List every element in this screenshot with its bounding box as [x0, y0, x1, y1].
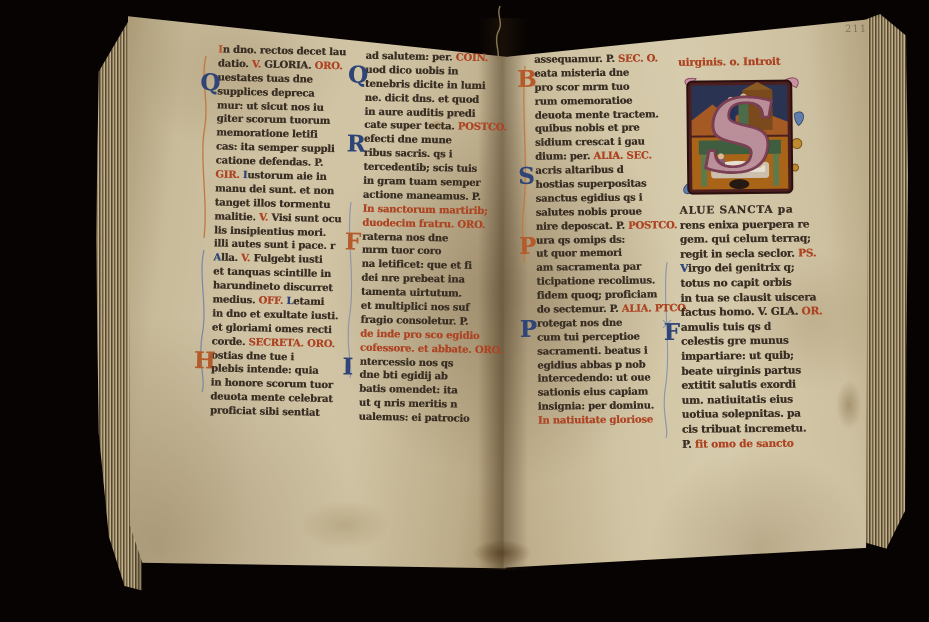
- text-line: Protegat nos dne: [537, 317, 669, 332]
- right-page-column-2: uirginis. o. Introit: [678, 55, 834, 453]
- text-segment: na letificet: que et fi: [361, 259, 471, 272]
- text-segment: illi autes sunt i pace. r: [214, 239, 335, 253]
- text-segment: supplices depreca: [217, 86, 314, 99]
- right-page-column-2-lines: ALUE SANCTA parens enixa puerpera regem.…: [679, 203, 834, 453]
- text-line: quibus nobis et pre: [535, 123, 667, 138]
- text-segment: dium: per.: [535, 151, 593, 163]
- text-segment: V: [680, 263, 688, 275]
- text-segment: in dno et exultate iusti.: [212, 308, 338, 322]
- text-line: ALUE SANCTA pa: [679, 203, 831, 219]
- text-line: do sectemur. P. ALIA. PTCO.: [537, 303, 669, 318]
- text-line: regit in secla seclor. PS.: [680, 247, 832, 263]
- text-segment: cate super tecta.: [364, 120, 458, 133]
- text-line: fidem quoq; proficiam: [537, 289, 669, 304]
- text-segment: impartiare: ut quib;: [681, 350, 794, 363]
- text-segment: tamenta uirtutum.: [361, 287, 462, 300]
- text-segment: cum tui perceptioe: [537, 331, 640, 343]
- text-segment: proficiat sibi sentiat: [210, 406, 320, 419]
- gutter-stain: [472, 540, 532, 566]
- text-segment: ne. dicit dns. et quod: [365, 92, 479, 105]
- text-line: sacramenti. beatus i: [537, 345, 669, 360]
- text-segment: tanget illos tormentu: [215, 197, 331, 211]
- text-segment: ORO.: [314, 61, 342, 73]
- text-segment: uod dico uobis in: [365, 65, 458, 78]
- folio-number: 211: [845, 24, 867, 35]
- text-line: hostias superpositas: [535, 178, 667, 193]
- text-segment: in aure auditis predi: [364, 106, 475, 119]
- text-line: rum omemoratioe: [534, 95, 666, 110]
- text-segment: ura qs omips ds:: [536, 234, 625, 246]
- historiated-initial-artwork: S: [682, 73, 805, 200]
- text-segment: actione maneamus. P.: [363, 190, 481, 203]
- text-segment: tercedentib; scis tuis: [363, 162, 477, 175]
- text-line: in tua se clausit uiscera: [680, 291, 832, 307]
- text-line: totus no capit orbis: [680, 276, 832, 292]
- text-segment: et gloriami omes recti: [212, 322, 332, 336]
- drop-cap: F: [345, 230, 362, 253]
- text-line: am sacramenta par: [536, 262, 668, 277]
- text-segment: fidem quoq; proficiam: [537, 290, 658, 302]
- text-segment: pro scor mrm tuo: [534, 81, 629, 93]
- drop-cap: I: [342, 355, 353, 378]
- text-segment: egidius abbas p nob: [537, 359, 645, 371]
- text-line: insignia: per dominu.: [538, 401, 670, 416]
- text-segment: ad salutem: per.: [365, 51, 455, 64]
- text-segment: cofessore. et abbate. ORO.: [360, 342, 503, 356]
- text-line: rens enixa puerpera re: [680, 218, 832, 234]
- text-line: impartiare: ut quib;: [681, 349, 833, 365]
- text-segment: regit in secla seclor.: [680, 247, 798, 260]
- text-segment: V.: [252, 59, 265, 70]
- text-segment: COIN.: [456, 52, 489, 64]
- right-page-column-1: assequamur. P. SEC. O.Beata misteria dne…: [534, 53, 670, 429]
- text-segment: sationis eius capiam: [538, 387, 648, 399]
- text-segment: duodecim fratru. ORO.: [362, 217, 485, 230]
- text-line: sanctus egidius qs i: [535, 192, 667, 207]
- text-segment: malitie.: [214, 211, 259, 223]
- text-segment: memoratione letifi: [216, 128, 317, 141]
- text-line: Beata misteria dne: [534, 67, 666, 82]
- drop-cap: S: [518, 165, 535, 188]
- text-segment: hostias superpositas: [535, 179, 646, 191]
- text-line: egidius abbas p nob: [537, 359, 669, 374]
- drop-cap: P: [519, 234, 536, 257]
- text-segment: ticipatione recolimus.: [536, 276, 655, 288]
- initial-letter-S: S: [703, 77, 776, 196]
- text-line: sidium crescat i gau: [535, 137, 667, 152]
- text-segment: raterna nos dne: [362, 231, 448, 244]
- left-page-column-1: In dno. rectos decet laudatio. V. GLORIA…: [210, 44, 360, 422]
- text-segment: medius.: [212, 294, 258, 306]
- text-segment: PS.: [798, 247, 816, 259]
- text-segment: insignia: per dominu.: [538, 401, 654, 413]
- text-segment: rotegat nos dne: [537, 318, 622, 330]
- text-segment: dei nre prebeat ina: [361, 273, 465, 286]
- text-segment: fragio consoletur. P.: [360, 315, 468, 328]
- text-line: extitit salutis exordi: [681, 378, 833, 394]
- text-segment: rum omemoratioe: [534, 95, 632, 107]
- text-segment: uestates tuas dne: [217, 72, 312, 85]
- acanthus-leaf: [795, 112, 804, 126]
- text-segment: nire deposcat. P.: [536, 220, 628, 232]
- text-segment: in gram tuam semper: [363, 176, 480, 189]
- text-segment: amulis tuis qs d: [681, 321, 771, 334]
- text-line: intercedendo: ut oue: [537, 373, 669, 388]
- text-segment: et tanquas scintille in: [213, 267, 331, 281]
- text-segment: OR.: [801, 305, 822, 317]
- drop-cap: P: [520, 318, 537, 341]
- text-segment: n dno. rectos decet lau: [223, 45, 347, 59]
- text-line: Sacris altaribus d: [535, 164, 667, 179]
- text-segment: intercedendo: ut oue: [537, 373, 650, 385]
- text-segment: deuota mente celebrat: [210, 392, 333, 406]
- text-segment: harundineto discurret: [213, 281, 333, 295]
- text-segment: de inde pro sco egidio: [360, 328, 479, 341]
- historiated-initial-S: S: [682, 73, 805, 200]
- text-segment: ostias dne tue i: [211, 350, 294, 363]
- text-segment: P.: [682, 438, 695, 450]
- text-segment: quibus nobis et pre: [535, 123, 640, 135]
- text-line: salutes nobis proue: [536, 206, 668, 221]
- text-line: pro scor mrm tuo: [534, 81, 666, 96]
- text-segment: beate uirginis partus: [681, 364, 801, 377]
- text-segment: am sacramenta par: [536, 262, 641, 274]
- text-segment: ALIA. SEC.: [593, 151, 651, 163]
- text-line: celestis gre munus: [681, 335, 833, 351]
- text-segment: GLORIA.: [264, 59, 315, 71]
- text-segment: giter scorum tuorum: [216, 114, 330, 128]
- text-segment: et multiplici nos suf: [361, 301, 470, 314]
- text-line: Virgo dei genitrix q;: [680, 262, 832, 278]
- text-line: ticipatione recolimus.: [536, 276, 668, 291]
- text-segment: ribus sacris. qs i: [364, 148, 453, 161]
- text-line: ut quor memori: [536, 248, 668, 263]
- text-line: deuota mente tractem.: [535, 109, 667, 124]
- text-segment: acris altaribus d: [535, 165, 623, 177]
- text-segment: cis tribuat incremetu.: [682, 422, 806, 435]
- text-line: cum tui perceptioe: [537, 331, 669, 346]
- text-segment: ntercessio nos qs: [360, 356, 454, 369]
- text-segment: In sanctorum martirib;: [362, 203, 487, 216]
- text-segment: in honore scorum tuor: [210, 378, 332, 392]
- text-line: ualemus: ei patrocio: [358, 412, 496, 429]
- text-segment: efecti dne mune: [364, 134, 452, 147]
- text-segment: celestis gre munus: [681, 335, 789, 348]
- text-segment: salutes nobis proue: [536, 206, 642, 218]
- text-segment: plebis intende: quia: [211, 364, 319, 377]
- text-segment: mur: ut sicut nos iu: [217, 100, 324, 113]
- text-line: In natiuitate gloriose: [538, 414, 670, 429]
- text-segment: SECRETA. ORO.: [248, 337, 335, 350]
- text-segment: ut quor memori: [536, 248, 622, 260]
- text-segment: sanctus egidius qs i: [535, 192, 642, 204]
- text-segment: in tua se clausit uiscera: [680, 291, 816, 304]
- text-segment: dne bti egidij ab: [359, 370, 447, 383]
- text-segment: batis omendet: ita: [359, 384, 458, 397]
- text-segment: ALUE SANCTA pa: [679, 204, 793, 217]
- text-segment: etami: [293, 296, 324, 308]
- parchment-stain: [836, 380, 862, 430]
- text-segment: corde.: [211, 336, 248, 348]
- text-segment: do sectemur. P.: [537, 304, 622, 316]
- text-segment: gem. qui celum terraq;: [680, 233, 811, 246]
- text-line: Famulis tuis qs d: [681, 320, 833, 336]
- text-segment: catione defendas. P.: [216, 156, 324, 169]
- text-segment: GIR.: [215, 169, 243, 181]
- text-segment: mrm tuor coro: [362, 245, 442, 258]
- text-segment: sidium crescat i gau: [535, 137, 645, 149]
- text-segment: ALIA. PTCO.: [622, 303, 689, 315]
- text-segment: eata misteria dne: [534, 68, 629, 80]
- text-line: beate uirginis partus: [681, 364, 833, 380]
- text-segment: SEC. O.: [618, 53, 658, 64]
- text-segment: Visi sunt ocu: [271, 212, 341, 225]
- text-segment: datio.: [218, 58, 252, 70]
- text-segment: V.: [241, 253, 254, 264]
- text-segment: lis insipientius mori.: [214, 225, 326, 239]
- text-segment: um. natiuitatis eius: [681, 393, 792, 406]
- gold-boss: [792, 139, 802, 149]
- text-line: P. fit omo de sancto: [682, 437, 834, 453]
- text-line: factus homo. V. GLA. OR.: [681, 305, 833, 321]
- text-segment: uotiua solepnitas. pa: [682, 408, 801, 421]
- text-segment: sacramenti. beatus i: [537, 345, 647, 357]
- parchment-stain: [300, 500, 390, 550]
- rubric-heading: uirginis. o. Introit: [678, 55, 830, 73]
- manuscript-photo: 211 In dno. rectos decet laudatio. V. GL…: [0, 0, 929, 622]
- text-segment: POSTCO.: [628, 220, 677, 232]
- text-segment: irgo dei genitrix q;: [688, 262, 794, 275]
- text-segment: OFF.: [258, 295, 286, 307]
- left-page-column-2: ad salutem: per. COIN.Quod dico uobis in…: [358, 51, 503, 429]
- text-segment: factus homo. V. GLA.: [681, 306, 802, 319]
- text-segment: cas: ita semper suppli: [216, 142, 335, 156]
- text-line: um. natiuitatis eius: [681, 393, 833, 409]
- text-line: nire deposcat. P. POSTCO.: [536, 220, 668, 235]
- text-segment: Fulgebt iusti: [253, 254, 322, 267]
- text-segment: fit omo de sancto: [695, 437, 794, 450]
- text-line: sationis eius capiam: [538, 387, 670, 402]
- text-segment: POSTCO.: [458, 122, 507, 134]
- text-line: Pura qs omips ds:: [536, 234, 668, 249]
- text-segment: totus no capit orbis: [680, 277, 791, 290]
- text-segment: manu dei sunt. et non: [215, 183, 334, 197]
- text-line: dium: per. ALIA. SEC.: [535, 151, 667, 166]
- text-segment: V.: [259, 212, 272, 223]
- text-line: assequamur. P. SEC. O.: [534, 53, 666, 68]
- text-line: gem. qui celum terraq;: [680, 232, 832, 248]
- text-segment: ualemus: ei patrocio: [358, 412, 469, 425]
- text-line: cis tribuat incremetu.: [682, 422, 834, 438]
- text-segment: extitit salutis exordi: [681, 379, 795, 392]
- text-segment: ustorum aie in: [247, 170, 326, 183]
- text-line: uotiua solepnitas. pa: [682, 408, 834, 424]
- text-segment: ut q nris meritis n: [359, 398, 458, 411]
- text-segment: tenebris dicite in lumi: [365, 78, 486, 91]
- drop-cap: F: [664, 321, 680, 344]
- text-segment: rens enixa puerpera re: [680, 218, 810, 231]
- text-segment: assequamur. P.: [534, 54, 618, 66]
- text-segment: In natiuitate gloriose: [538, 415, 653, 427]
- text-segment: lla.: [221, 253, 241, 264]
- text-segment: deuota mente tractem.: [535, 109, 659, 121]
